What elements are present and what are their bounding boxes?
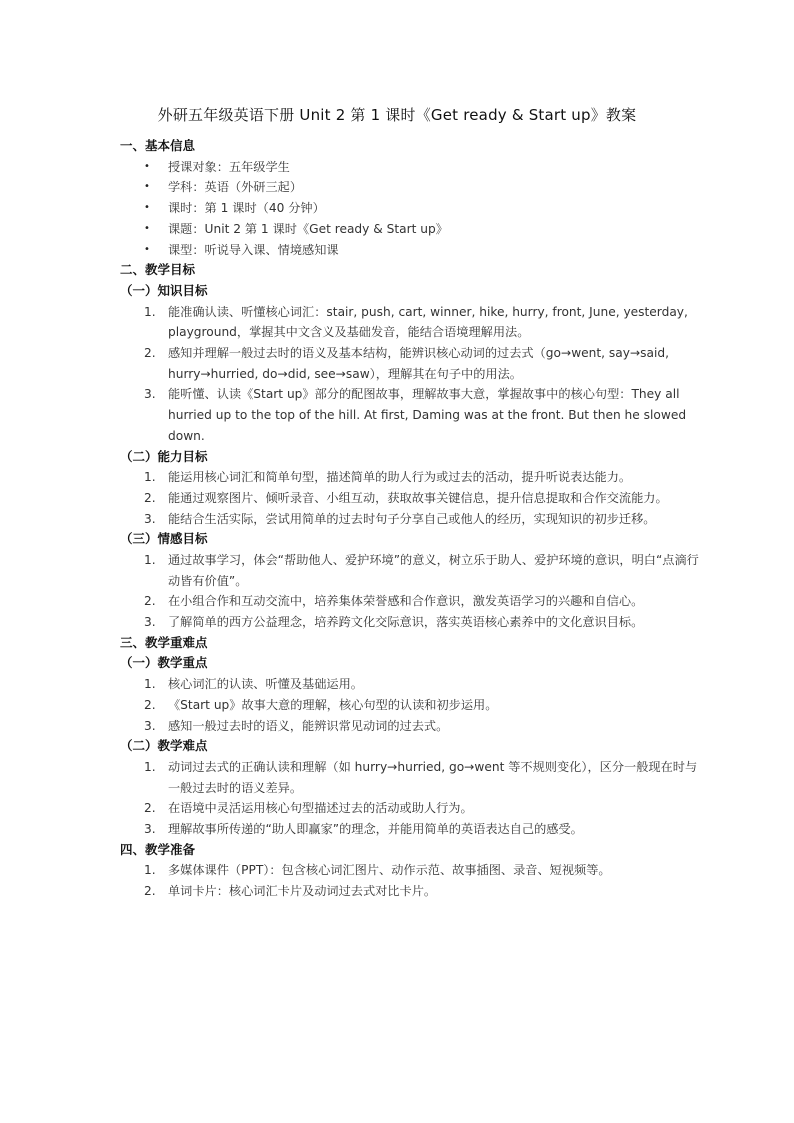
list-item: 2.感知并理解一般过去时的语义及基本结构，能辨识核心动词的过去式（go→went…: [120, 343, 700, 384]
list-item: •课型：听说导入课、情境感知课: [120, 240, 700, 261]
bullet-icon: •: [144, 219, 150, 240]
list-item: 1.能准确认读、听懂核心词汇：stair, push, cart, winner…: [120, 302, 700, 343]
section-heading-basic-info: 一、基本信息: [120, 136, 700, 157]
subsection-heading-ability: （二）能力目标: [120, 447, 700, 468]
list-item: 3.了解简单的西方公益理念，培养跨文化交际意识，落实英语核心素养中的文化意识目标…: [120, 612, 700, 633]
bullet-icon: •: [144, 198, 150, 219]
list-item: 3.理解故事所传递的“助人即赢家”的理念，并能用简单的英语表达自己的感受。: [120, 819, 700, 840]
section-heading-preparation: 四、教学准备: [120, 840, 700, 861]
list-item: 1.能运用核心词汇和简单句型，描述简单的助人行为或过去的活动，提升听说表达能力。: [120, 467, 700, 488]
list-item: •课时：第 1 课时（40 分钟）: [120, 198, 700, 219]
document-body: 一、基本信息 •授课对象：五年级学生 •学科：英语（外研三起） •课时：第 1 …: [120, 136, 700, 902]
section-heading-key-points: 三、教学重难点: [120, 633, 700, 654]
bullet-icon: •: [144, 240, 150, 261]
document-page: 外研五年级英语下册 Unit 2 第 1 课时《Get ready & Star…: [0, 0, 794, 1123]
bullet-icon: •: [144, 157, 150, 178]
subsection-heading-knowledge: （一）知识目标: [120, 281, 700, 302]
list-item: •授课对象：五年级学生: [120, 157, 700, 178]
list-item: 2.在语境中灵活运用核心句型描述过去的活动或助人行为。: [120, 798, 700, 819]
list-item: 2.在小组合作和互动交流中，培养集体荣誉感和合作意识，激发英语学习的兴趣和自信心…: [120, 591, 700, 612]
list-item: 3.感知一般过去时的语义，能辨识常见动词的过去式。: [120, 716, 700, 737]
list-item: 1.通过故事学习，体会“帮助他人、爱护环境”的意义，树立乐于助人、爱护环境的意识…: [120, 550, 700, 591]
list-item: 2.能通过观察图片、倾听录音、小组互动，获取故事关键信息，提升信息提取和合作交流…: [120, 488, 700, 509]
section-heading-teaching-goals: 二、教学目标: [120, 260, 700, 281]
list-item: 3.能听懂、认读《Start up》部分的配图故事，理解故事大意，掌握故事中的核…: [120, 384, 700, 446]
list-item: 3.能结合生活实际，尝试用简单的过去时句子分享自己或他人的经历，实现知识的初步迁…: [120, 509, 700, 530]
list-item: 1.多媒体课件（PPT）：包含核心词汇图片、动作示范、故事插图、录音、短视频等。: [120, 860, 700, 881]
list-item: 1.动词过去式的正确认读和理解（如 hurry→hurried, go→went…: [120, 757, 700, 798]
subsection-heading-focus: （一）教学重点: [120, 653, 700, 674]
subsection-heading-difficulties: （二）教学难点: [120, 736, 700, 757]
list-item: 2.单词卡片：核心词汇卡片及动词过去式对比卡片。: [120, 881, 700, 902]
list-item: •学科：英语（外研三起）: [120, 177, 700, 198]
list-item: •课题：Unit 2 第 1 课时《Get ready & Start up》: [120, 219, 700, 240]
list-item: 1.核心词汇的认读、听懂及基础运用。: [120, 674, 700, 695]
document-title: 外研五年级英语下册 Unit 2 第 1 课时《Get ready & Star…: [0, 104, 794, 125]
bullet-icon: •: [144, 177, 150, 198]
subsection-heading-emotion: （三）情感目标: [120, 529, 700, 550]
list-item: 2.《Start up》故事大意的理解，核心句型的认读和初步运用。: [120, 695, 700, 716]
